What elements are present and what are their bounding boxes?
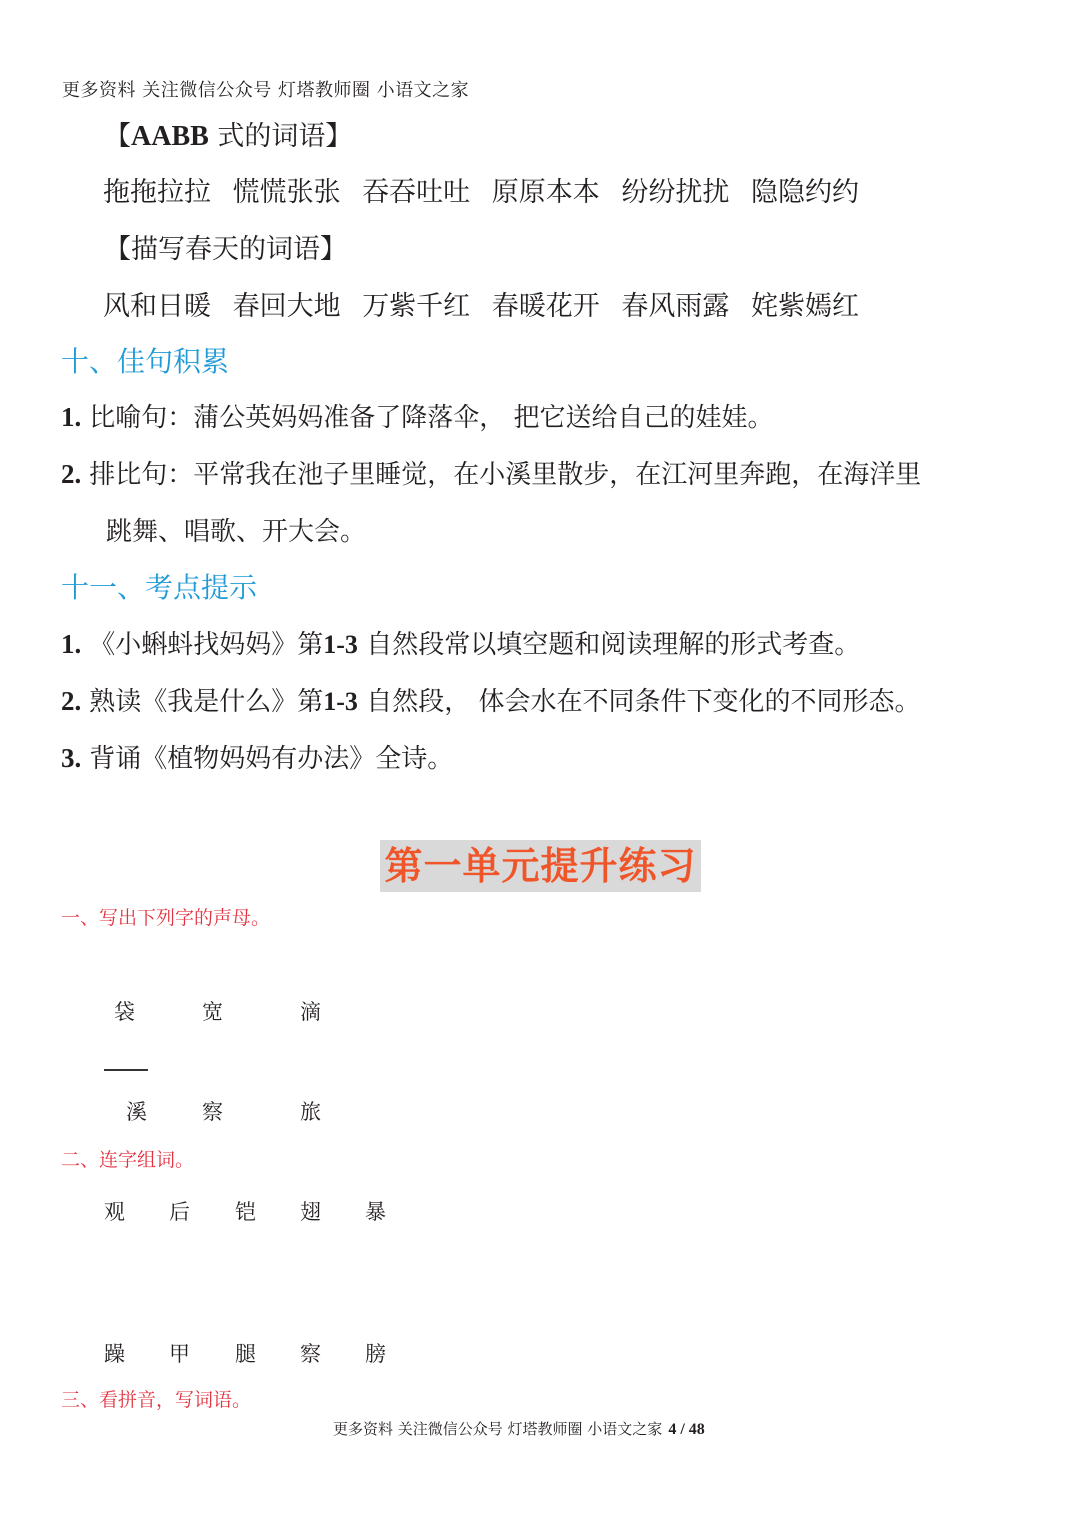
aabb-heading-latin: AABB — [131, 121, 209, 152]
match-char-top[interactable]: 暴 — [365, 1196, 386, 1226]
match-char-top[interactable]: 铠 — [235, 1196, 256, 1226]
word-item: 原原本本 — [492, 177, 600, 208]
word-item: 纷纷扰扰 — [621, 177, 729, 208]
section-title-exam-tips: 十一、考点提示 — [61, 566, 257, 606]
exercise-char: 察 — [202, 1096, 223, 1126]
item-number: 3. — [61, 743, 81, 773]
footer: 更多资料 关注微信公众号 灯塔教师圈 小语文之家4 / 48 — [333, 1418, 705, 1439]
word-item: 吞吞吐吐 — [362, 177, 470, 208]
match-char-top[interactable]: 后 — [169, 1196, 190, 1226]
tip-item: 1.《小蝌蚪找妈妈》第1-3 自然段常以填空题和阅读理解的形式考查。 — [61, 624, 860, 661]
exercise-char: 旅 — [300, 1096, 321, 1126]
match-char-bottom[interactable]: 察 — [300, 1338, 321, 1368]
tip-item: 2.熟读《我是什么》第1-3 自然段， 体会水在不同条件下变化的不同形态。 — [61, 681, 920, 718]
item-number: 1. — [61, 629, 81, 659]
item-text: 比喻句：蒲公英妈妈准备了降落伞， 把它送给自己的娃娃。 — [89, 403, 773, 433]
exercise-2-title: 二、连字组词。 — [61, 1145, 194, 1172]
match-char-top[interactable]: 观 — [104, 1196, 125, 1226]
item-text-pre: 《小蝌蚪找妈妈》第 — [89, 630, 323, 660]
item-text-bold: 1-3 — [323, 630, 358, 659]
item-text-post: 自然段， 体会水在不同条件下变化的不同形态。 — [358, 687, 921, 717]
footer-note: 更多资料 关注微信公众号 灯塔教师圈 小语文之家 — [333, 1420, 662, 1438]
word-item: 春回大地 — [233, 291, 341, 322]
word-item: 风和日暖 — [103, 291, 211, 322]
exercise-char: 宽 — [202, 996, 223, 1026]
word-item: 隐隐约约 — [751, 177, 859, 208]
exercise-1-title: 一、写出下列字的声母。 — [61, 903, 270, 930]
item-text-post: 自然段常以填空题和阅读理解的形式考查。 — [358, 630, 860, 660]
section-title-sentences: 十、佳句积累 — [61, 340, 229, 380]
exercise-char: 袋 — [114, 996, 135, 1026]
aabb-word-list: 拖拖拉拉 慌慌张张 吞吞吐吐 原原本本 纷纷扰扰 隐隐约约 — [103, 170, 872, 209]
word-item: 春风雨露 — [621, 291, 729, 322]
word-item: 春暖花开 — [492, 291, 600, 322]
sentence-item-continuation: 跳舞、唱歌、开大会。 — [106, 511, 366, 548]
unit-practice-title: 第一单元提升练习 — [380, 840, 701, 892]
item-text: 排比句：平常我在池子里睡觉，在小溪里散步，在江河里奔跑，在海洋里 — [89, 460, 921, 490]
exercise-3-title: 三、看拼音，写词语。 — [61, 1385, 251, 1412]
item-number: 1. — [61, 402, 81, 432]
item-number: 2. — [61, 459, 81, 489]
match-char-bottom[interactable]: 躁 — [104, 1338, 125, 1368]
aabb-heading-open: 【 — [104, 121, 131, 152]
sentence-item: 1.比喻句：蒲公英妈妈准备了降落伞， 把它送给自己的娃娃。 — [61, 397, 774, 434]
aabb-heading-rest: 式的词语】 — [209, 121, 353, 152]
aabb-heading: 【AABB 式的词语】 — [104, 114, 352, 153]
exercise-char: 滴 — [300, 996, 321, 1026]
item-number: 2. — [61, 686, 81, 716]
sentence-item: 2.排比句：平常我在池子里睡觉，在小溪里散步，在江河里奔跑，在海洋里 — [61, 454, 921, 491]
exercise-char: 溪 — [126, 1096, 147, 1126]
header-note: 更多资料 关注微信公众号 灯塔教师圈 小语文之家 — [62, 76, 469, 102]
answer-blank-line[interactable] — [104, 1069, 148, 1071]
tip-item: 3.背诵《植物妈妈有办法》全诗。 — [61, 738, 453, 775]
item-text-bold: 1-3 — [323, 687, 358, 716]
match-char-bottom[interactable]: 膀 — [365, 1338, 386, 1368]
item-text-pre: 背诵《植物妈妈有办法》全诗。 — [89, 744, 453, 774]
word-item: 慌慌张张 — [233, 177, 341, 208]
match-char-top[interactable]: 翅 — [300, 1196, 321, 1226]
spring-heading: 【描写春天的词语】 — [104, 227, 347, 266]
spring-word-list: 风和日暖 春回大地 万紫千红 春暖花开 春风雨露 姹紫嫣红 — [103, 284, 872, 323]
word-item: 万紫千红 — [362, 291, 470, 322]
page-number: 4 / 48 — [668, 1421, 704, 1438]
match-char-bottom[interactable]: 腿 — [235, 1338, 256, 1368]
match-char-bottom[interactable]: 甲 — [169, 1338, 190, 1368]
word-item: 姹紫嫣红 — [751, 291, 859, 322]
item-text-pre: 熟读《我是什么》第 — [89, 687, 323, 717]
word-item: 拖拖拉拉 — [103, 177, 211, 208]
